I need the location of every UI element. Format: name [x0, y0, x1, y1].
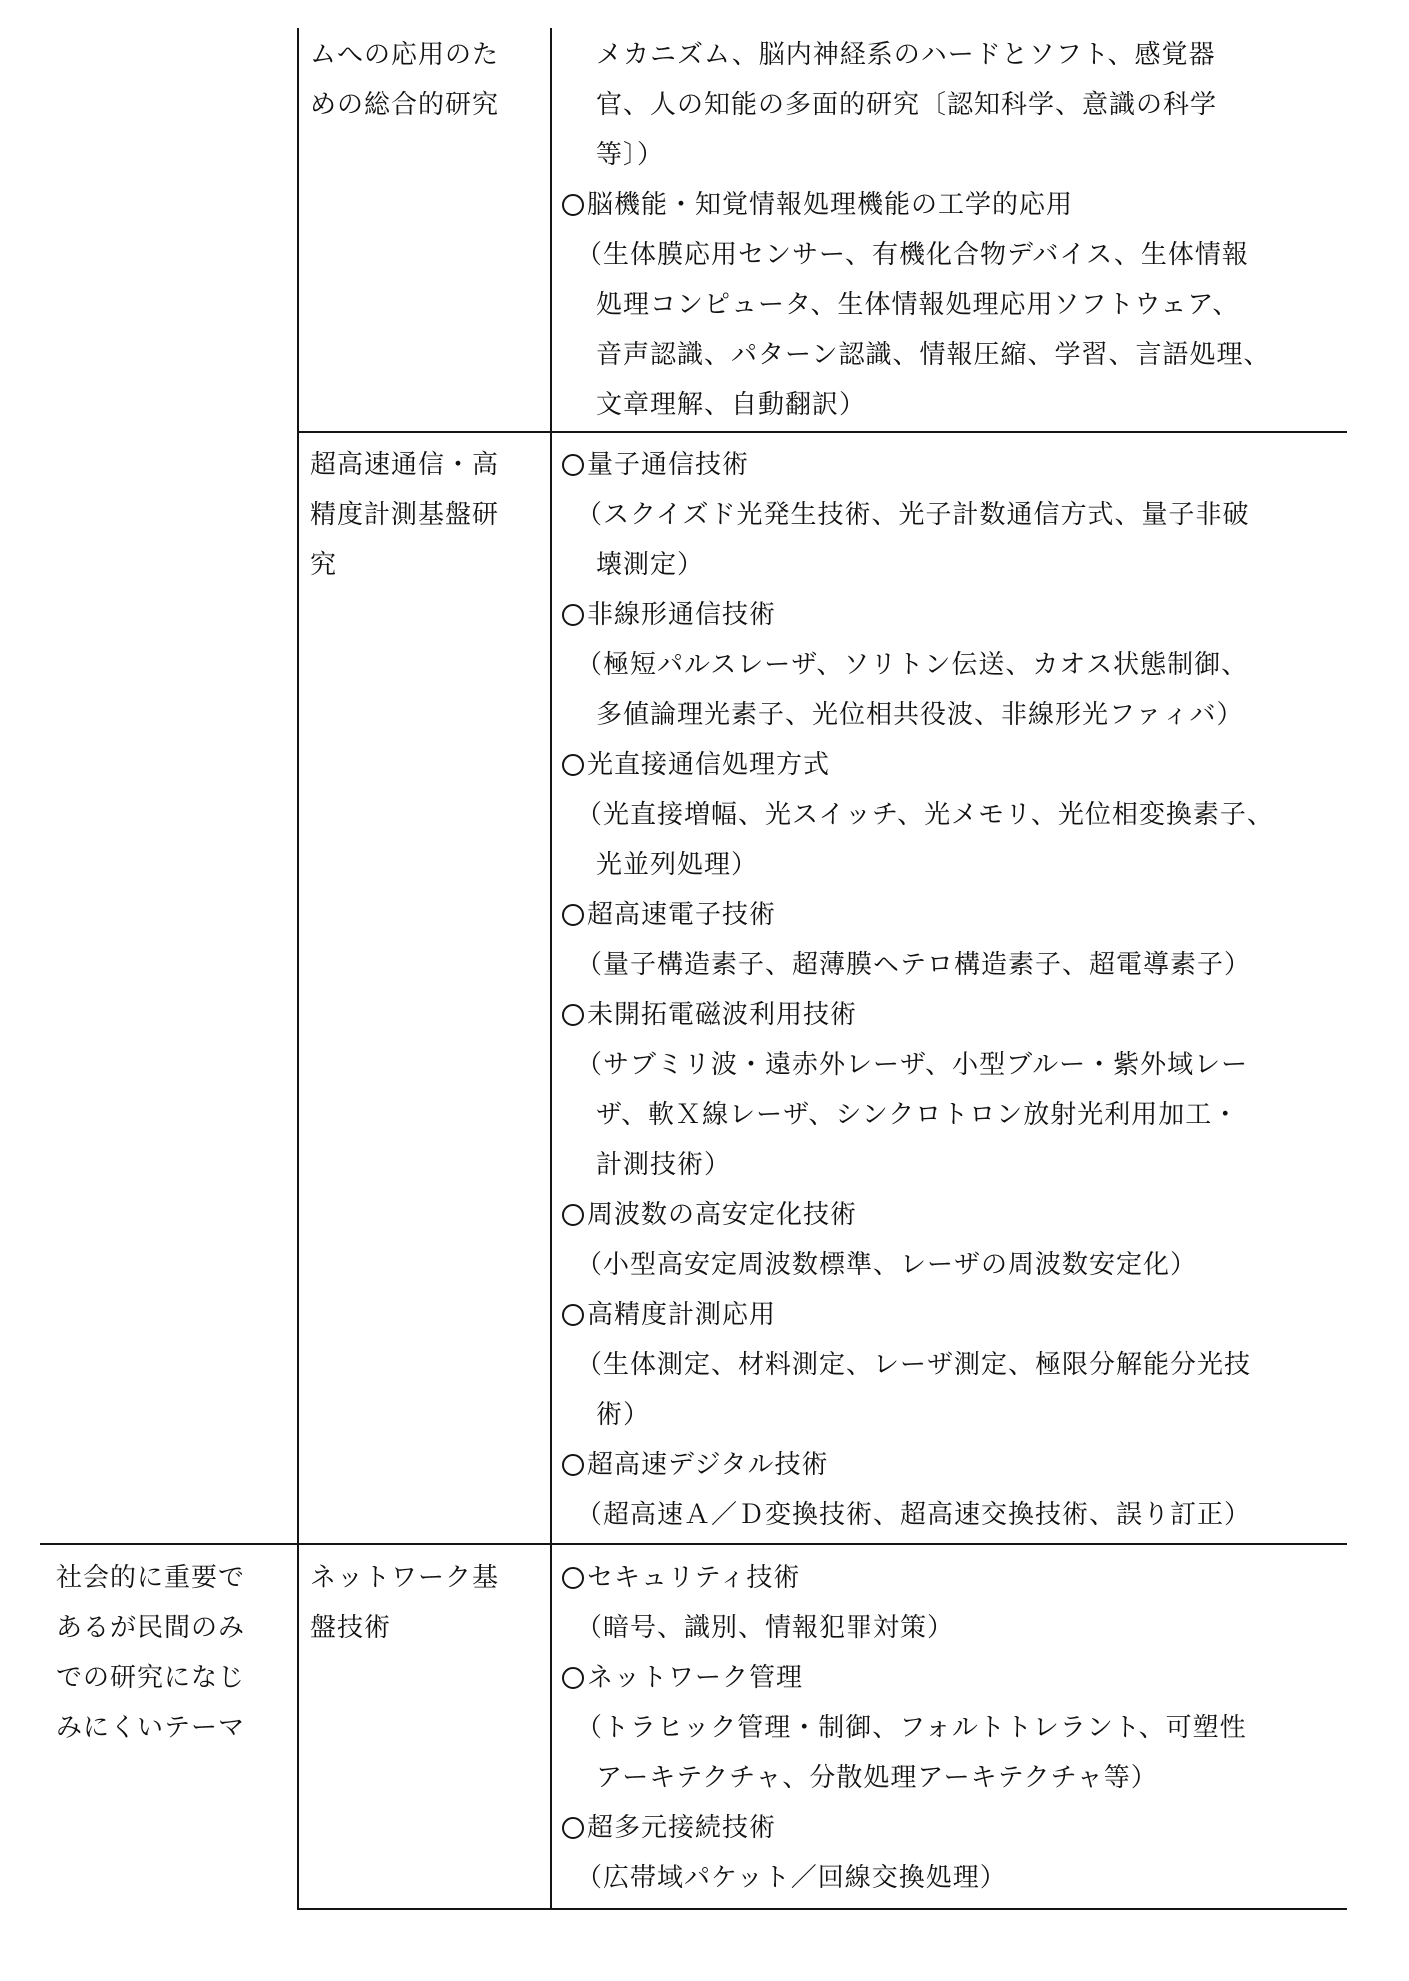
content-line: （極短パルスレーザ、ソリトン伝送、カオス状態制御、	[562, 640, 1274, 690]
content-line: メカニズム、脳内神経系のハードとソフト、感覚器	[562, 30, 1270, 80]
circle-bullet-icon	[562, 1817, 584, 1839]
content-item-heading: 非線形通信技術	[562, 590, 1274, 640]
content-item-heading: 超高速デジタル技術	[562, 1440, 1274, 1490]
content-line: 音声認識、パターン認識、情報圧縮、学習、言語処理、	[562, 330, 1270, 380]
content-item-heading: セキュリティ技術	[562, 1553, 1247, 1603]
category-line: みにくいテーマ	[56, 1703, 245, 1753]
theme-line: 精度計測基盤研	[310, 490, 499, 540]
circle-bullet-icon	[562, 904, 584, 926]
content-line: （光直接増幅、光スイッチ、光メモリ、光位相変換素子、	[562, 790, 1274, 840]
table-rule-col3-left	[550, 28, 552, 1910]
circle-bullet-icon	[562, 1304, 584, 1326]
content-item-heading: 超多元接続技術	[562, 1803, 1247, 1853]
circle-bullet-icon	[562, 1204, 584, 1226]
content-line: 処理コンピュータ、生体情報処理応用ソフトウェア、	[562, 280, 1270, 330]
content-line: 計測技術）	[562, 1140, 1274, 1190]
content-line: （小型高安定周波数標準、レーザの周波数安定化）	[562, 1240, 1274, 1290]
theme-line: 究	[310, 540, 499, 590]
theme-line: めの総合的研究	[310, 80, 499, 130]
content-line: ザ、軟Ｘ線レーザ、シンクロトロン放射光利用加工・	[562, 1090, 1274, 1140]
content-line: 官、人の知能の多面的研究〔認知科学、意識の科学	[562, 80, 1270, 130]
content-line: （広帯域パケット／回線交換処理）	[562, 1853, 1247, 1903]
circle-bullet-icon	[562, 194, 584, 216]
content-item-heading: ネットワーク管理	[562, 1653, 1247, 1703]
table-rule-table-bottom	[297, 1908, 1347, 1910]
theme-line: 盤技術	[310, 1603, 499, 1653]
category-line: 社会的に重要で	[56, 1553, 245, 1603]
circle-bullet-icon	[562, 1667, 584, 1689]
row1-theme-cell: ムへの応用のた めの総合的研究	[310, 30, 499, 130]
content-line: （暗号、識別、情報犯罪対策）	[562, 1603, 1247, 1653]
content-line: 光並列処理）	[562, 840, 1274, 890]
table-rule-row2-bottom	[40, 1543, 1347, 1545]
theme-line: ネットワーク基	[310, 1553, 499, 1603]
content-line: （スクイズド光発生技術、光子計数通信方式、量子非破	[562, 490, 1274, 540]
content-line: 文章理解、自動翻訳）	[562, 380, 1270, 430]
circle-bullet-icon	[562, 1454, 584, 1476]
table-rule-col2-left	[297, 28, 299, 1910]
row1-content-cell: メカニズム、脳内神経系のハードとソフト、感覚器 官、人の知能の多面的研究〔認知科…	[562, 30, 1270, 430]
content-line: 術）	[562, 1390, 1274, 1440]
circle-bullet-icon	[562, 754, 584, 776]
content-line: アーキテクチャ、分散処理アーキテクチャ等）	[562, 1753, 1247, 1803]
document-page: ムへの応用のた めの総合的研究 メカニズム、脳内神経系のハードとソフト、感覚器 …	[0, 0, 1409, 1981]
content-line: （生体測定、材料測定、レーザ測定、極限分解能分光技	[562, 1340, 1274, 1390]
row3-content-cell: セキュリティ技術 （暗号、識別、情報犯罪対策） ネットワーク管理 （トラヒック管…	[562, 1553, 1247, 1903]
content-item-heading: 周波数の高安定化技術	[562, 1190, 1274, 1240]
circle-bullet-icon	[562, 454, 584, 476]
row3-category-cell: 社会的に重要で あるが民間のみ での研究になじ みにくいテーマ	[56, 1553, 245, 1753]
table-rule-row1-bottom	[297, 431, 1347, 433]
content-line: （サブミリ波・遠赤外レーザ、小型ブルー・紫外域レー	[562, 1040, 1274, 1090]
content-item-heading: 未開拓電磁波利用技術	[562, 990, 1274, 1040]
content-line: 多値論理光素子、光位相共役波、非線形光ファィバ）	[562, 690, 1274, 740]
theme-line: ムへの応用のた	[310, 30, 499, 80]
category-line: での研究になじ	[56, 1653, 245, 1703]
row2-theme-cell: 超高速通信・高 精度計測基盤研 究	[310, 440, 499, 590]
circle-bullet-icon	[562, 1004, 584, 1026]
content-item-heading: 量子通信技術	[562, 440, 1274, 490]
category-line: あるが民間のみ	[56, 1603, 245, 1653]
circle-bullet-icon	[562, 604, 584, 626]
content-line: （超高速Ａ／Ｄ変換技術、超高速交換技術、誤り訂正）	[562, 1490, 1274, 1540]
content-item-heading: 超高速電子技術	[562, 890, 1274, 940]
content-line: （量子構造素子、超薄膜ヘテロ構造素子、超電導素子）	[562, 940, 1274, 990]
theme-line: 超高速通信・高	[310, 440, 499, 490]
content-line: 等〕）	[562, 130, 1270, 180]
content-item-heading: 光直接通信処理方式	[562, 740, 1274, 790]
content-item-heading: 脳機能・知覚情報処理機能の工学的応用	[562, 180, 1270, 230]
content-line: （トラヒック管理・制御、フォルトトレラント、可塑性	[562, 1703, 1247, 1753]
content-line: 壊測定）	[562, 540, 1274, 590]
content-item-heading: 高精度計測応用	[562, 1290, 1274, 1340]
row2-content-cell: 量子通信技術 （スクイズド光発生技術、光子計数通信方式、量子非破 壊測定） 非線…	[562, 440, 1274, 1540]
circle-bullet-icon	[562, 1567, 584, 1589]
content-line: （生体膜応用センサー、有機化合物デバイス、生体情報	[562, 230, 1270, 280]
row3-theme-cell: ネットワーク基 盤技術	[310, 1553, 499, 1653]
